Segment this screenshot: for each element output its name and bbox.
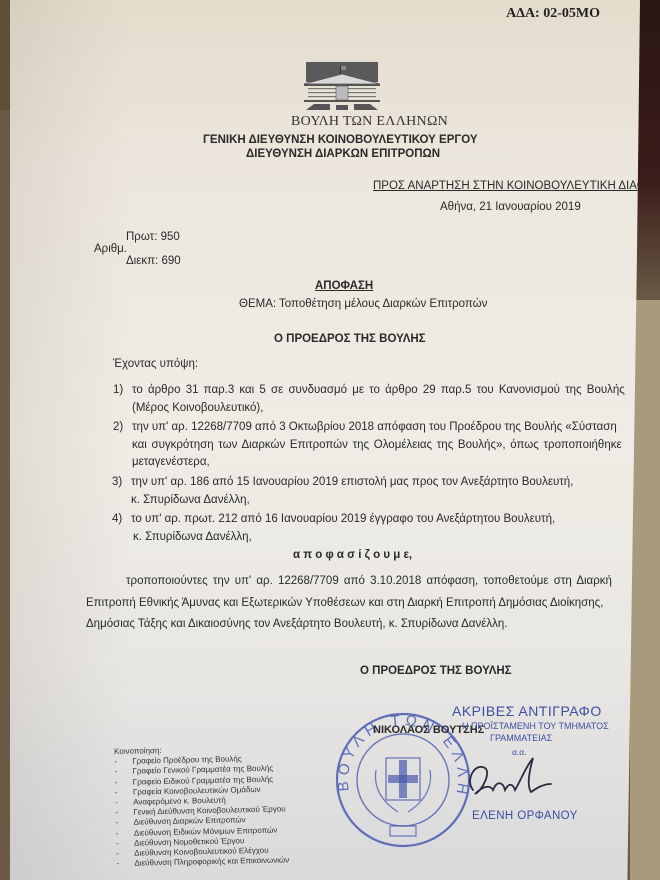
- dispatch-number: Διεκπ: 690: [126, 255, 181, 267]
- decision-subject: ΘΕΜΑ: Τοποθέτηση μέλους Διαρκών Επιτροπώ…: [239, 298, 487, 310]
- certifier-role-line2: ΓΡΑΜΜΑΤΕΙΑΣ: [490, 733, 552, 743]
- item-line: την υπ' αρ. 12268/7709 από 3 Οκτωβρίου 2…: [132, 421, 617, 433]
- item-line: και συγκρότηση των Διαρκών Επιτροπών της…: [132, 439, 622, 451]
- item-line: μεταγενέστερα,: [132, 456, 210, 468]
- protocol-number: Πρωτ: 950: [126, 231, 180, 243]
- certifier-name: ΕΛΕΝΗ ΟΡΦΑΝΟΥ: [472, 810, 578, 822]
- institution-name: ΒΟΥΛΗ ΤΩΝ ΕΛΛΗΝΩΝ: [291, 114, 448, 130]
- item-line: το άρθρο 31 παρ.3 και 5 σε συνδυασμό με …: [132, 384, 625, 396]
- item-line: κ. Σπυρίδωνα Δανέλλη,: [133, 531, 252, 543]
- item-line: κ. Σπυρίδωνα Δανέλλη,: [131, 494, 250, 506]
- decision-title: ΑΠΟΦΑΣΗ: [315, 280, 373, 292]
- speaker-heading: Ο ΠΡΟΕΔΡΟΣ ΤΗΣ ΒΟΥΛΗΣ: [274, 333, 426, 345]
- directorate: ΔΙΕΥΘΥΝΣΗ ΔΙΑΡΚΩΝ ΕΠΙΤΡΟΠΩΝ: [246, 148, 440, 160]
- item-line: το υπ' αρ. πρωτ. 212 από 16 Ιανουαρίου 2…: [131, 513, 555, 525]
- decision-body-line: Επιτροπή Εθνικής Άμυνας και Εξωτερικών Υ…: [86, 597, 603, 609]
- certifier-role-line1: Η ΠΡΟΪΣΤΑΜΕΝΗ ΤΟΥ ΤΜΗΜΑΤΟΣ: [462, 721, 609, 731]
- decision-body-line: Δημόσιας Τάξης και Δικαιοσύνης τον Ανεξά…: [86, 618, 507, 630]
- item-line: (Μέρος Κοινοβουλευτικό),: [132, 402, 263, 414]
- number-label: Αριθμ.: [94, 243, 127, 255]
- posting-note: ΠΡΟΣ ΑΝΑΡΤΗΣΗ ΣΤΗΝ ΚΟΙΝΟΒΟΥΛΕΥΤΙΚΗ ΔΙΑΦΑ…: [373, 180, 660, 192]
- ada-code: ΑΔΑ: 02-05ΜΟ: [506, 6, 600, 22]
- considering-label: Έχοντας υπόψη:: [113, 358, 198, 370]
- place-date: Αθήνα, 21 Ιανουαρίου 2019: [440, 201, 581, 213]
- we-decide: α π ο φ α σ ί ζ ο υ μ ε,: [293, 549, 412, 561]
- distribution-list: Κοινοποίηση: -Γραφείο Προέδρου της Βουλή…: [114, 743, 289, 869]
- distribution-item: -Διεύθυνση Πληροφορικής και Επικοινωνιών: [116, 856, 289, 870]
- document-page: ΑΔΑ: 02-05ΜΟ ΒΟΥΛΗ ΤΩΝ ΕΛΛΗΝΩΝ ΓΕΝΙΚΗ ΔΙ…: [10, 0, 640, 880]
- signature-title: Ο ΠΡΟΕΔΡΟΣ ΤΗΣ ΒΟΥΛΗΣ: [360, 665, 512, 677]
- item-line: την υπ' αρ. 186 από 15 Ιανουαρίου 2019 ε…: [131, 476, 573, 488]
- parliament-building-icon: [302, 60, 382, 112]
- general-directorate: ΓΕΝΙΚΗ ΔΙΕΥΘΥΝΣΗ ΚΟΙΝΟΒΟΥΛΕΥΤΙΚΟΥ ΕΡΓΟΥ: [203, 134, 478, 146]
- item-number: 1): [113, 384, 123, 396]
- decision-body-line: τροποποιούντες την υπ' αρ. 12268/7709 απ…: [126, 575, 612, 587]
- item-number: 3): [112, 476, 122, 488]
- item-number: 4): [112, 513, 122, 525]
- certified-copy-label: ΑΚΡΙΒΕΣ ΑΝΤΙΓΡΑΦΟ: [452, 703, 602, 719]
- page-shading: [10, 0, 130, 880]
- item-number: 2): [113, 421, 123, 433]
- handwritten-signature-icon: [455, 750, 565, 810]
